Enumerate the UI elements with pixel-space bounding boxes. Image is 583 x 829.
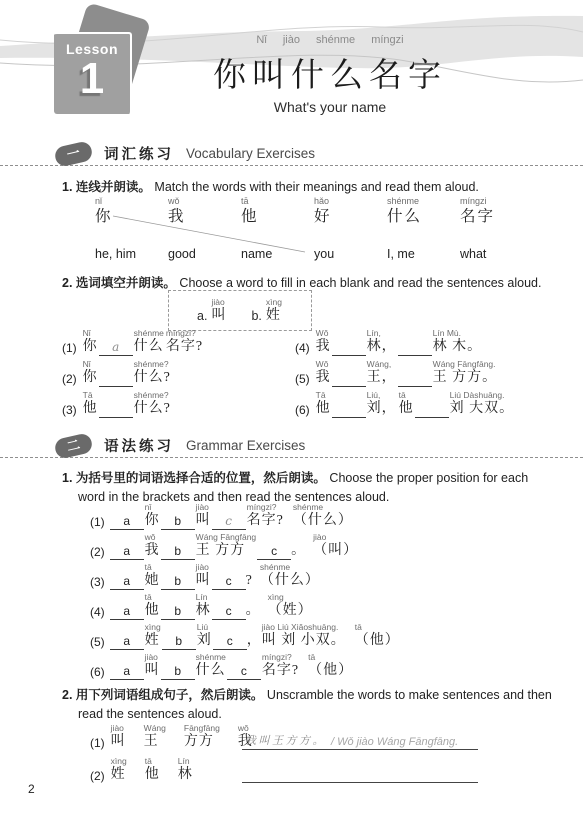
pinyin-label: shénme (293, 503, 323, 513)
word: Wǒ我 (316, 329, 331, 356)
vocab-ex1-instruction: 1. 连线并朗读。 Match the words with their mea… (62, 178, 558, 197)
grammar-ex1-instruction-cn: 1. 为括号里的词语选择合适的位置，然后朗读。 (62, 471, 326, 485)
hanzi-text: 刘， (367, 401, 397, 418)
pinyin-label: Lín, (367, 329, 381, 339)
item-number: (2) (90, 545, 105, 560)
pinyin-label: míngzi (460, 196, 487, 207)
pinyin-label: jiào (196, 563, 209, 573)
word: Liú刘 (197, 623, 212, 650)
hanzi-text: （他） (355, 633, 400, 650)
hanzi-text: 我 (168, 207, 186, 226)
hanzi-text: 什么 (196, 663, 226, 680)
section2-number-icon: 二 (53, 432, 94, 460)
pinyin-label: wǒ (145, 533, 156, 543)
vocab-ex1-instruction-cn: 1. 连线并朗读。 (62, 180, 151, 194)
bracket-word: shénme（什么） (293, 503, 353, 530)
grammar-ex1-instruction: 1. 为括号里的词语选择合适的位置，然后朗读。 Choose the prope… (62, 469, 548, 507)
word: shénme什么 (134, 329, 164, 356)
word: Wǒ我 (316, 360, 331, 387)
hanzi-text: 什么 (134, 339, 164, 356)
hanzi-text: 我 (316, 370, 331, 387)
word: jiào叫 (111, 724, 126, 751)
sentence-item: (4)Wǒ我Lín,林，Lín Mù.林 木。 (295, 331, 515, 356)
word: Nǐ你 (83, 329, 98, 356)
word: Wáng Fāngfāng王 方方 (196, 533, 256, 560)
lesson-title-hanzi: 你叫什么名字 (150, 49, 510, 96)
pinyin-label: Liú, (367, 391, 381, 401)
pinyin-label: nǐ (145, 503, 152, 513)
sentence-item: (6)ajiào叫bshénme什么cmíngzi?名字?tā（他） (90, 655, 401, 680)
blank-line (332, 403, 366, 418)
pinyin-label: shénme (387, 196, 419, 207)
sentence-item: (5)Wǒ我Wáng,王，Wáng Fāngfāng.王 方方。 (295, 362, 515, 387)
hanzi-text: 他 (316, 401, 331, 418)
word: Wáng Fāngfāng.王 方方。 (433, 360, 498, 387)
hanzi-text: 你 (83, 370, 98, 387)
item-number: (5) (90, 635, 105, 650)
lesson-number: 1 (80, 58, 104, 100)
pinyin-label: Nǐ (83, 360, 91, 370)
vocab-meaning-row: he, himgoodnameyouI, mewhat (95, 247, 533, 261)
sentence-item: (5)axìng姓bLiú刘c，jiào Liú Xiǎoshuāng.叫 刘 … (90, 625, 401, 650)
pinyin-label: tā (241, 196, 249, 207)
item-number: (3) (62, 403, 77, 418)
pinyin-label: wǒ (168, 196, 180, 207)
word: míngzi?名字? (262, 653, 299, 680)
punctuation: ? (246, 573, 252, 590)
hanzi-text: 他 (241, 207, 259, 226)
hanzi-text: 名字? (247, 513, 284, 530)
hanzi-text: 方方 (184, 734, 214, 751)
hanzi-text: 林， (367, 339, 397, 356)
word: Lín林 (178, 757, 193, 784)
word: jiào叫 (196, 503, 211, 530)
hanzi-text: 叫 (145, 663, 160, 680)
pinyin-label: xìng (145, 623, 161, 633)
hanzi-text: 姓 (145, 633, 160, 650)
vocab-meaning: what (460, 247, 533, 261)
hanzi-text: 叫 (196, 513, 211, 530)
word: shénme?什么? (134, 391, 171, 418)
word: jiào Liú Xiǎoshuāng.叫 刘 小双。 (262, 623, 346, 650)
vocab-ex1-instruction-en: Match the words with their meanings and … (154, 180, 478, 194)
pinyin-label: xìng (266, 298, 282, 308)
hanzi-text: 王 (144, 734, 159, 751)
word: xìng姓 (145, 623, 161, 650)
word: shénme什么 (196, 653, 226, 680)
grammar-ex2-items: (1)jiào叫Wáng王Fāngfāng方方wǒ我我叫王方方。/ Wǒ jià… (90, 726, 490, 784)
item-number: (1) (90, 736, 105, 751)
blank-line (99, 403, 133, 418)
grammar-ex2-instruction-cn: 2. 用下列词语组成句子，然后朗读。 (62, 688, 263, 702)
word: tā他 (145, 593, 160, 620)
blank-line: c (227, 665, 261, 680)
hanzi-text: 名字? (166, 339, 203, 356)
hanzi-text: 什么 (387, 207, 422, 226)
blank-line: a (110, 515, 144, 530)
section1-header: 一 词汇练习 Vocabulary Exercises (55, 143, 315, 164)
hanzi-text: 我 (316, 339, 331, 356)
answer-line (242, 781, 478, 783)
pinyin-label: Lín (196, 593, 208, 603)
hanzi-text: 王， (367, 370, 397, 387)
word: míngzi?名字? (247, 503, 284, 530)
blank-line (99, 372, 133, 387)
pinyin-label: shénme (260, 563, 290, 573)
blank-line: b (161, 605, 195, 620)
pinyin-label: jiào (196, 503, 209, 513)
item-number: (1) (62, 341, 77, 356)
word: tā他 (145, 757, 160, 784)
item-number: (5) (295, 372, 310, 387)
section1-title-zh: 词汇练习 (104, 143, 174, 164)
blank-line (398, 341, 432, 356)
vocab-ex2-items-right: (4)Wǒ我Lín,林，Lín Mù.林 木。(5)Wǒ我Wáng,王，Wáng… (295, 331, 515, 418)
answer-line: 我叫王方方。/ Wǒ jiào Wáng Fāngfāng. (242, 732, 478, 750)
hanzi-text: 好 (314, 207, 332, 226)
hanzi-text: 林 (178, 767, 193, 784)
blank-line: a (110, 665, 144, 680)
pinyin-label: míngzi? (166, 329, 196, 339)
sentence-item: (3)Tā他shénme?什么? (62, 393, 204, 418)
sentence-item: (1)jiào叫Wáng王Fāngfāng方方wǒ我我叫王方方。/ Wǒ jià… (90, 726, 490, 751)
pinyin-label: jiào (111, 724, 124, 734)
pinyin-label: hǎo (314, 196, 329, 207)
item-number: (1) (90, 515, 105, 530)
pinyin-label: tā (399, 391, 406, 401)
handwritten-answer-pinyin: / Wǒ jiào Wáng Fāngfāng. (331, 736, 458, 748)
vocab-word: nǐ你 (95, 196, 168, 226)
lesson-badge: Lesson 1 (50, 10, 154, 118)
blank-line (415, 403, 449, 418)
word: tā她 (145, 563, 160, 590)
pinyin-label: Lín (178, 757, 190, 767)
word: Fāngfāng方方 (184, 724, 220, 751)
pinyin-label: xìng (268, 593, 284, 603)
pinyin-label: tā (145, 757, 152, 767)
section1-title-en: Vocabulary Exercises (186, 146, 315, 161)
word: tā他 (399, 391, 414, 418)
word: shénme?什么? (134, 360, 171, 387)
blank-line: b (161, 575, 195, 590)
vocab-ex2-instruction-en: Choose a word to fill in each blank and … (179, 276, 541, 290)
hanzi-text: 名字 (460, 207, 495, 226)
section2-header: 二 语法练习 Grammar Exercises (55, 435, 305, 456)
lesson-badge-front-card: Lesson 1 (54, 32, 132, 114)
word: jiào叫 (211, 298, 226, 325)
blank-line: a (99, 341, 133, 356)
pinyin-label: Liú Dàshuāng. (450, 391, 505, 401)
hanzi-text: （叫） (313, 543, 358, 560)
word: Lín Mù.林 木。 (433, 329, 483, 356)
blank-line (398, 372, 432, 387)
bracket-word: jiào（叫） (313, 533, 358, 560)
pinyin-label: tā (308, 653, 315, 663)
bracket-word: tā（他） (308, 653, 353, 680)
vocab-word: shénme什么 (387, 196, 460, 226)
sentence-item: (1)Nǐ你ashénme什么míngzi?名字? (62, 331, 204, 356)
bracket-word: xìng（姓） (268, 593, 313, 620)
vocab-word: wǒ我 (168, 196, 241, 226)
hanzi-text: 名字? (262, 663, 299, 680)
blank-line: a (110, 605, 144, 620)
punctuation: ， (247, 633, 261, 650)
hanzi-text: 叫 (196, 573, 211, 590)
pinyin-label: jiào (313, 533, 326, 543)
hanzi-text: 你 (145, 513, 160, 530)
pinyin-label: jiào Liú Xiǎoshuāng. (262, 623, 339, 633)
word: Liú,刘， (367, 391, 397, 418)
sentence-item: (4)atā他bLín林c。xìng（姓） (90, 595, 401, 620)
pinyin-label: Wáng, (367, 360, 392, 370)
word-bank-option: a.jiào叫 (197, 298, 227, 325)
pinyin-label: tā (145, 563, 152, 573)
sentence-item: (3)atā她bjiào叫c?shénme（什么） (90, 565, 401, 590)
hanzi-text: 什么? (134, 370, 171, 387)
pinyin-label: Wáng (144, 724, 166, 734)
word: Nǐ你 (83, 360, 98, 387)
pinyin-label: shénme (196, 653, 226, 663)
hanzi-text: 他 (145, 767, 160, 784)
item-number: (6) (90, 665, 105, 680)
word: jiào叫 (145, 653, 160, 680)
punctuation: 。 (291, 543, 305, 560)
pinyin-label: Tā (83, 391, 93, 401)
vocab-meaning: good (168, 247, 241, 261)
hanzi-text: （什么） (293, 513, 353, 530)
word-bank-option: b.xìng姓 (251, 298, 283, 325)
blank-line: b (161, 665, 195, 680)
hanzi-text: 姓 (266, 308, 281, 325)
item-number: (2) (90, 769, 105, 784)
pinyin-label: jiào (211, 298, 224, 308)
textbook-page: Lesson 1 Nǐ jiào shénme míngzi 你叫什么名字 Wh… (0, 0, 583, 829)
blank-line (332, 372, 366, 387)
hanzi-text: 什么? (134, 401, 171, 418)
pinyin-label: Wáng Fāngfāng (196, 533, 256, 543)
word: Tā他 (316, 391, 331, 418)
sentence-item: (2)xìng姓tā他Lín林 (90, 759, 490, 784)
item-number: (4) (90, 605, 105, 620)
blank-line: a (110, 545, 144, 560)
section2-title-zh: 语法练习 (104, 435, 174, 456)
sentence-item: (1)anǐ你bjiào叫cmíngzi?名字?shénme（什么） (90, 505, 401, 530)
pinyin-label: tā (355, 623, 362, 633)
hanzi-text: 叫 (211, 308, 226, 325)
option-label: b. (251, 310, 261, 325)
blank-line: a (110, 575, 144, 590)
pinyin-label: míngzi? (247, 503, 277, 513)
bracket-word: shénme（什么） (260, 563, 320, 590)
section1-number-icon: 一 (53, 140, 94, 168)
word: jiào叫 (196, 563, 211, 590)
word: míngzi?名字? (166, 329, 203, 356)
vocab-meaning: name (241, 247, 314, 261)
item-number: (3) (90, 575, 105, 590)
word: wǒ我 (145, 533, 160, 560)
sentence-item: (6)Tā他Liú,刘，tā他Liú Dàshuāng.刘 大双。 (295, 393, 515, 418)
word: Tā他 (83, 391, 98, 418)
hanzi-text: 他 (399, 401, 414, 418)
item-number: (2) (62, 372, 77, 387)
word: nǐ你 (145, 503, 160, 530)
vocab-word: míngzi名字 (460, 196, 533, 226)
pinyin-label: Wǒ (316, 329, 329, 339)
hanzi-text: 姓 (111, 767, 126, 784)
hanzi-text: 叫 刘 小双。 (262, 633, 346, 650)
blank-line: c (257, 545, 291, 560)
blank-line: c (212, 515, 246, 530)
hanzi-text: 刘 (197, 633, 212, 650)
hanzi-text: 叫 (111, 734, 126, 751)
lesson-title-pinyin: Nǐ jiào shénme míngzi (150, 34, 510, 46)
word: Wáng王 (144, 724, 166, 751)
blank-line: c (212, 605, 246, 620)
section1-dashed-divider (0, 165, 583, 166)
page-number: 2 (28, 782, 35, 796)
pinyin-label: Fāngfāng (184, 724, 220, 734)
vocab-ex2-items-left: (1)Nǐ你ashénme什么míngzi?名字?(2)Nǐ你shénme?什么… (62, 331, 204, 418)
section2-title-en: Grammar Exercises (186, 438, 305, 453)
hanzi-text: 你 (95, 207, 113, 226)
word: Lín,林， (367, 329, 397, 356)
grammar-ex1-items: (1)anǐ你bjiào叫cmíngzi?名字?shénme（什么）(2)awǒ… (90, 505, 401, 680)
pinyin-label: Wǒ (316, 360, 329, 370)
blank-line: c (213, 635, 247, 650)
lesson-title-english: What's your name (150, 99, 510, 115)
word: Liú Dàshuāng.刘 大双。 (450, 391, 515, 418)
pinyin-label: Liú (197, 623, 208, 633)
pinyin-label: tā (145, 593, 152, 603)
lesson-title-block: Nǐ jiào shénme míngzi 你叫什么名字 What's your… (150, 34, 510, 115)
word: Wáng,王， (367, 360, 397, 387)
pinyin-label: Wáng Fāngfāng. (433, 360, 496, 370)
grammar-ex2-instruction: 2. 用下列词语组成句子，然后朗读。 Unscramble the words … (62, 686, 553, 724)
pinyin-label: shénme? (134, 391, 169, 401)
blank-line: b (162, 635, 196, 650)
vocab-meaning: you (314, 247, 387, 261)
pinyin-label: Nǐ (83, 329, 91, 339)
pinyin-label: Tā (316, 391, 326, 401)
vocab-word: tā他 (241, 196, 314, 226)
item-number: (6) (295, 403, 310, 418)
blank-line: c (212, 575, 246, 590)
vocab-meaning: he, him (95, 247, 168, 261)
hanzi-text: （他） (308, 663, 353, 680)
vocab-ex2-instruction-cn: 2. 选词填空并朗读。 (62, 276, 176, 290)
sentence-item: (2)Nǐ你shénme?什么? (62, 362, 204, 387)
hanzi-text: 刘 大双。 (450, 401, 515, 418)
hanzi-text: （姓） (268, 603, 313, 620)
handwritten-answer-hanzi: 我叫王方方。 (245, 732, 326, 748)
sentence-item: (2)awǒ我bWáng Fāngfāng王 方方c。jiào（叫） (90, 535, 401, 560)
hanzi-text: 你 (83, 339, 98, 356)
option-label: a. (197, 310, 207, 325)
pinyin-label: shénme? (134, 360, 169, 370)
hanzi-text: 王 方方。 (433, 370, 498, 387)
word: xìng姓 (266, 298, 282, 325)
word-bank: a.jiào叫b.xìng姓 (168, 290, 312, 331)
hanzi-text: 林 木。 (433, 339, 483, 356)
blank-line (332, 341, 366, 356)
hanzi-text: 林 (196, 603, 211, 620)
pinyin-label: xìng (111, 757, 127, 767)
bracket-word: tā（他） (355, 623, 400, 650)
section2-dashed-divider (0, 457, 583, 458)
word: Lín林 (196, 593, 211, 620)
pinyin-label: nǐ (95, 196, 102, 207)
hanzi-text: 我 (145, 543, 160, 560)
hanzi-text: 他 (145, 603, 160, 620)
blank-line: b (161, 545, 195, 560)
punctuation: 。 (246, 603, 260, 620)
vocab-meaning: I, me (387, 247, 460, 261)
item-number: (4) (295, 341, 310, 356)
blank-line: b (161, 515, 195, 530)
vocab-word: hǎo好 (314, 196, 387, 226)
hanzi-text: （什么） (260, 573, 320, 590)
blank-line: a (110, 635, 144, 650)
hanzi-text: 她 (145, 573, 160, 590)
pinyin-label: míngzi? (262, 653, 292, 663)
word: xìng姓 (111, 757, 127, 784)
vocab-word-row: nǐ你wǒ我tā他hǎo好shénme什么míngzi名字 (95, 196, 533, 226)
pinyin-label: Lín Mù. (433, 329, 461, 339)
pinyin-label: shénme (134, 329, 164, 339)
hanzi-text: 王 方方 (196, 543, 246, 560)
hanzi-text: 他 (83, 401, 98, 418)
pinyin-label: jiào (145, 653, 158, 663)
